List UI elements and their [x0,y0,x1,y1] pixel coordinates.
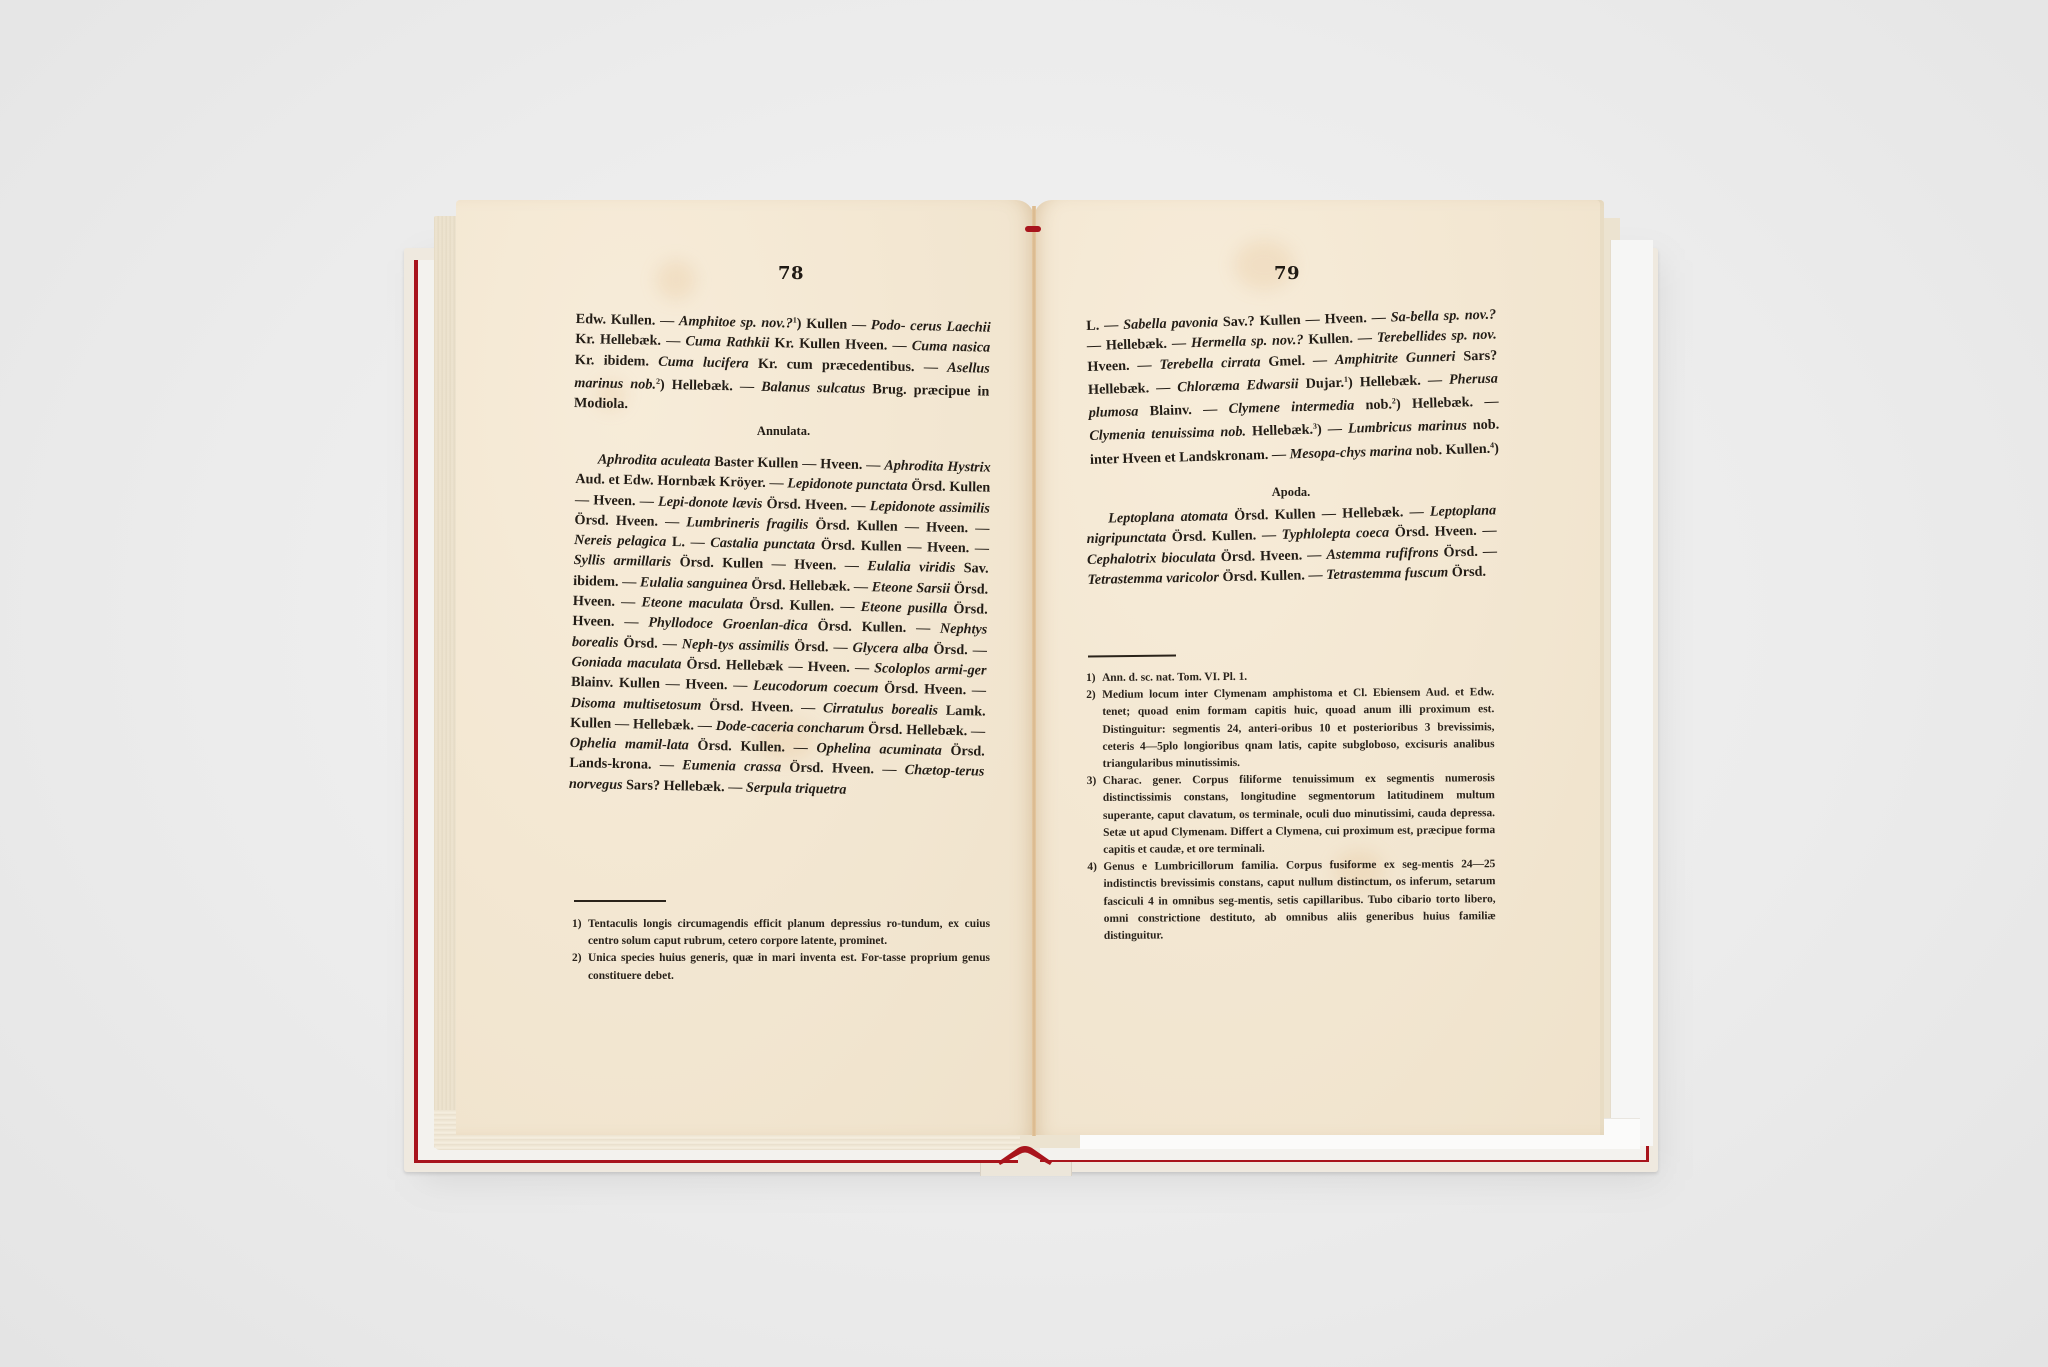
footnote-rule [574,900,666,902]
footnote-text: Genus e Lumbricillorum familia. Corpus f… [1103,856,1496,945]
footnote-rule [1088,655,1176,657]
footnote-number: 2) [572,950,588,984]
book-gutter [1032,206,1036,1136]
footnote-text: Unica species huius generis, quæ in mari… [588,950,990,984]
footnote: 3)Charac. gener. Corpus filiforme tenuis… [1087,770,1496,859]
foxing-stain [656,260,696,300]
section-heading-apoda: Apoda. [1086,482,1496,502]
footnote-text: Tentaculis longis circumagendis efficit … [588,916,990,950]
right-paragraph-1: L. — Sabella pavonia Sav.? Kullen — Hvee… [1086,305,1500,470]
page-number-right: 79 [1274,263,1300,284]
page-number-left: 78 [778,263,804,284]
left-paragraph-2: Aphrodita aculeata Baster Kullen — Hveen… [569,449,991,803]
left-page[interactable]: 78 Edw. Kullen. — Amphitoe sp. nov.?1) K… [456,200,1034,1135]
footnote-number: 3) [1087,773,1104,859]
left-footnotes: 1)Tentaculis longis circumagendis effici… [572,916,990,985]
footnote-number: 4) [1087,859,1104,945]
ribbon-bookmark-icon[interactable] [996,1144,1054,1166]
footnote: 4)Genus e Lumbricillorum familia. Corpus… [1087,856,1496,945]
footnote-number: 2) [1086,687,1103,773]
footnote-text: Charac. gener. Corpus filiforme tenuissi… [1103,770,1496,859]
footnote: 2)Unica species huius generis, quæ in ma… [572,950,990,984]
right-paragraph-2: Leptoplana atomata Örsd. Kullen — Helleb… [1086,501,1498,591]
right-page[interactable]: 79 L. — Sabella pavonia Sav.? Kullen — H… [1034,200,1604,1135]
footnote-number: 1) [1086,670,1102,687]
headband [1025,226,1041,232]
right-footnotes: 1)Ann. d. sc. nat. Tom. VI. Pl. 1.2)Medi… [1086,667,1496,945]
right-page-body: L. — Sabella pavonia Sav.? Kullen — Hvee… [1086,316,1496,591]
footnote-text: Medium locum inter Clymenam amphistoma e… [1102,684,1495,773]
right-page-edge [1610,240,1653,1146]
footnote-number: 1) [572,916,588,950]
section-heading-annulata: Annulata. [576,421,991,441]
left-paragraph-1: Edw. Kullen. — Amphitoe sp. nov.?1) Kull… [574,306,991,422]
footnote: 2)Medium locum inter Clymenam amphistoma… [1086,684,1495,773]
left-page-body: Edw. Kullen. — Amphitoe sp. nov.?1) Kull… [576,306,991,794]
footnote: 1)Tentaculis longis circumagendis effici… [572,916,990,950]
